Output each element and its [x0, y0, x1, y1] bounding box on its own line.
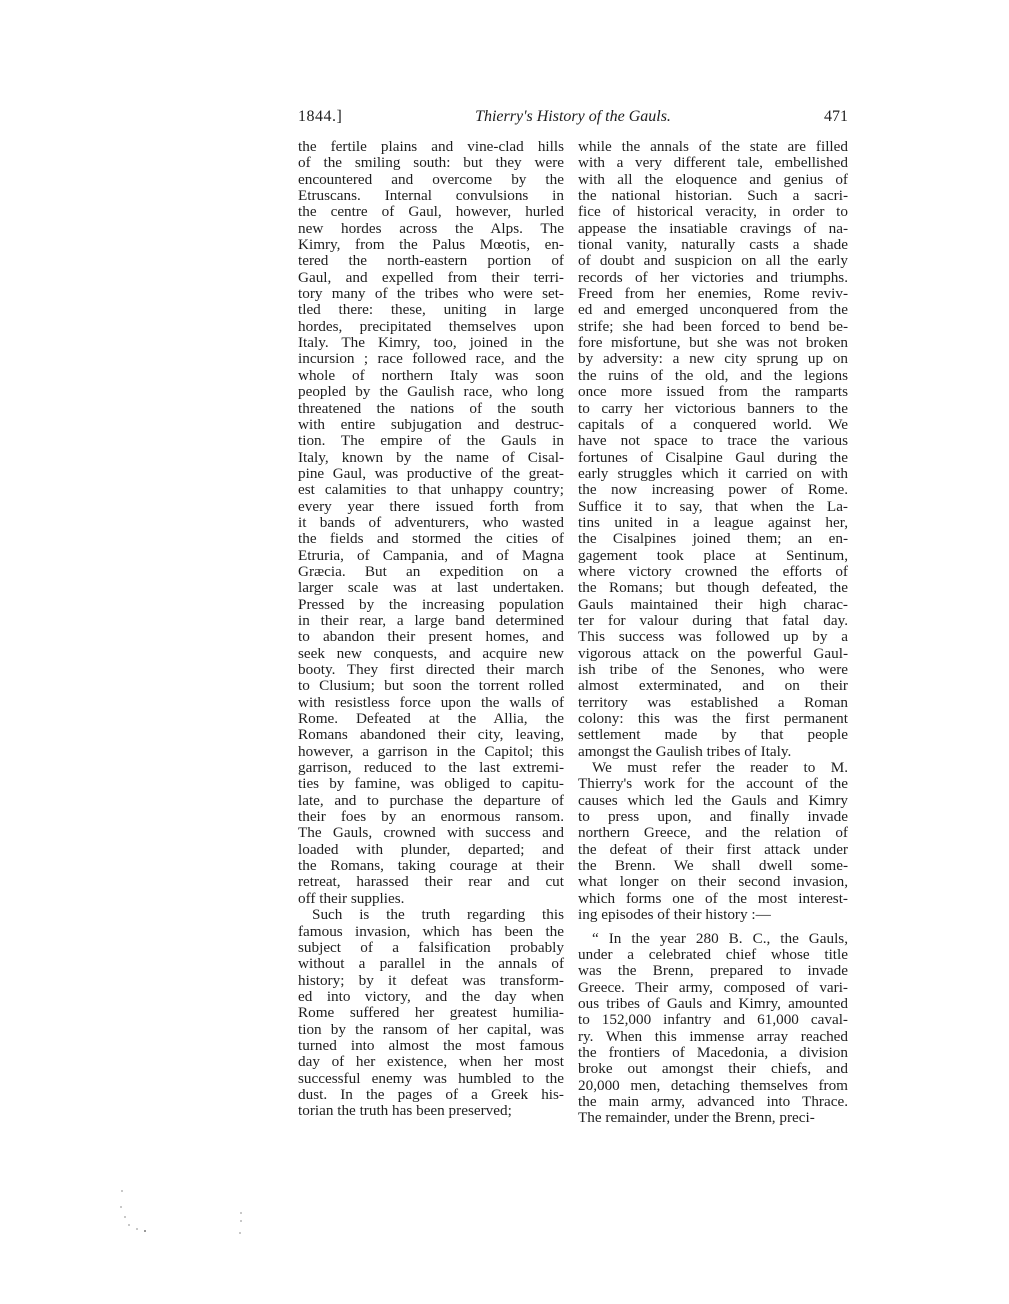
- text-line: colony: this was the first permanent: [578, 711, 848, 727]
- text-line: off their supplies.: [298, 891, 564, 907]
- text-line: records of her victories and triumphs.: [578, 270, 848, 286]
- text-line: We must refer the reader to M.: [578, 760, 848, 776]
- text-line: tion by the ransom of her capital, was: [298, 1022, 564, 1038]
- text-line: with a very different tale, embellished: [578, 155, 848, 171]
- text-line: whole of northern Italy was soon: [298, 368, 564, 384]
- text-line: tion. The empire of the Gauls in: [298, 433, 564, 449]
- text-line: ous tribes of Gauls and Kimry, amounted: [578, 996, 848, 1012]
- text-line: the ruins of the old, and the legions: [578, 368, 848, 384]
- text-line: ing episodes of their history :—: [578, 907, 848, 923]
- text-line: tional vanity, naturally casts a shade: [578, 237, 848, 253]
- text-line: Rome. Defeated at the Allia, the: [298, 711, 564, 727]
- text-line: was the Brenn, prepared to invade: [578, 963, 848, 979]
- text-line: fortunes of Cisalpine Gaul during the: [578, 450, 848, 466]
- text-line: without a parallel in the annals of: [298, 956, 564, 972]
- text-line: tory many of the tribes who were set-: [298, 286, 564, 302]
- text-line: Greece. Their army, composed of vari-: [578, 980, 848, 996]
- text-line: late, and to purchase the departure of: [298, 793, 564, 809]
- text-line: to carry her victorious banners to the: [578, 401, 848, 417]
- text-line: northern Greece, and the relation of: [578, 825, 848, 841]
- text-line: their foes by an enormous ransom.: [298, 809, 564, 825]
- text-line: ties by famine, was obliged to capitu-: [298, 776, 564, 792]
- text-line: loaded with plunder, departed; and: [298, 842, 564, 858]
- text-line: pine Gaul, was productive of the great-: [298, 466, 564, 482]
- text-line: amongst the Gaulish tribes of Italy.: [578, 744, 848, 760]
- running-head: 1844.] Thierry's History of the Gauls. 4…: [298, 108, 848, 130]
- text-line: to press upon, and finally invade: [578, 809, 848, 825]
- text-line: Gauls maintained their high charac-: [578, 597, 848, 613]
- text-line: est calamities to that unhappy country;: [298, 482, 564, 498]
- text-line: dust. In the pages of a Greek his-: [298, 1087, 564, 1103]
- text-line: to abandon their present homes, and: [298, 629, 564, 645]
- text-line: the main army, advanced into Thrace.: [578, 1094, 848, 1110]
- text-line: with all the eloquence and genius of: [578, 172, 848, 188]
- text-line: appease the insatiable cravings of na-: [578, 221, 848, 237]
- text-line: tled there: these, uniting in large: [298, 302, 564, 318]
- text-line: tins united in a league against her,: [578, 515, 848, 531]
- text-line: early struggles which it carried on with: [578, 466, 848, 482]
- right-column: while the annals of the state are filled…: [578, 139, 848, 1127]
- text-line: famous invasion, which has been the: [298, 924, 564, 940]
- text-line: fice of historical veracity, in order to: [578, 204, 848, 220]
- text-line: the national historian. Such a sacri-: [578, 188, 848, 204]
- text-line: while the annals of the state are filled: [578, 139, 848, 155]
- text-line: ry. When this immense array reached: [578, 1029, 848, 1045]
- text-line: to 152,000 infantry and 61,000 caval-: [578, 1012, 848, 1028]
- text-line: in their rear, a large band determined: [298, 613, 564, 629]
- text-line: Italy, known by the name of Cisal-: [298, 450, 564, 466]
- text-line: the now increasing power of Rome.: [578, 482, 848, 498]
- text-line: causes which led the Gauls and Kimry: [578, 793, 848, 809]
- text-line: history; by it defeat was transform-: [298, 973, 564, 989]
- text-line: tered the north-eastern portion of: [298, 253, 564, 269]
- text-line: the Romans, taking courage at their: [298, 858, 564, 874]
- text-line: strife; she had been forced to bend be-: [578, 319, 848, 335]
- scan-artifact: [118, 1188, 168, 1238]
- text-line: however, a garrison in the Capitol; this: [298, 744, 564, 760]
- text-line: 20,000 men, detaching themselves from: [578, 1078, 848, 1094]
- text-line: turned into almost the most famous: [298, 1038, 564, 1054]
- text-line: with entire subjugation and destruc-: [298, 417, 564, 433]
- text-line: the fields and stormed the cities of: [298, 531, 564, 547]
- text-line: The remainder, under the Brenn, preci-: [578, 1110, 848, 1126]
- text-line: territory was established a Roman: [578, 695, 848, 711]
- text-line: Rome suffered her greatest humilia-: [298, 1005, 564, 1021]
- text-line: incursion ; race followed race, and the: [298, 351, 564, 367]
- text-line: ish tribe of the Senones, who were: [578, 662, 848, 678]
- text-line: the Cisalpines joined them; an en-: [578, 531, 848, 547]
- text-line: it bands of adventurers, who wasted: [298, 515, 564, 531]
- text-line: Freed from her enemies, Rome reviv-: [578, 286, 848, 302]
- text-line: which forms one of the most interest-: [578, 891, 848, 907]
- text-line: “ In the year 280 B. C., the Gauls,: [578, 931, 848, 947]
- text-line: The Gauls, crowned with success and: [298, 825, 564, 841]
- text-line: fore misfortune, but she was not broken: [578, 335, 848, 351]
- text-line: retreat, harassed their rear and cut: [298, 874, 564, 890]
- text-line: with resistless force upon the walls of: [298, 695, 564, 711]
- page-number: 471: [824, 108, 848, 126]
- text-line: Kimry, from the Palus Mœotis, en-: [298, 237, 564, 253]
- text-line: the defeat of their first attack under: [578, 842, 848, 858]
- text-line: ter for valour during that fatal day.: [578, 613, 848, 629]
- text-line: by adversity: a new city sprung up on: [578, 351, 848, 367]
- text-line: torian the truth has been preserved;: [298, 1103, 564, 1119]
- text-line: Such is the truth regarding this: [298, 907, 564, 923]
- text-line: the centre of Gaul, however, hurled: [298, 204, 564, 220]
- text-line: seek new conquests, and acquire new: [298, 646, 564, 662]
- text-line: subject of a falsification probably: [298, 940, 564, 956]
- text-line: where victory crowned the efforts of: [578, 564, 848, 580]
- text-line: ed and emerged unconquered from the: [578, 302, 848, 318]
- text-line: Etruscans. Internal convulsions in: [298, 188, 564, 204]
- text-line: encountered and overcome by the: [298, 172, 564, 188]
- text-line: ed into victory, and the day when: [298, 989, 564, 1005]
- text-line: Gaul, and expelled from their terri-: [298, 270, 564, 286]
- text-line: threatened the nations of the south: [298, 401, 564, 417]
- text-line: broke out amongst their chiefs, and: [578, 1061, 848, 1077]
- text-line: the fertile plains and vine-clad hills: [298, 139, 564, 155]
- text-line: Suffice it to say, that when the La-: [578, 499, 848, 515]
- text-line: successful enemy was humbled to the: [298, 1071, 564, 1087]
- text-line: once more issued from the ramparts: [578, 384, 848, 400]
- text-line: gagement took place at Sentinum,: [578, 548, 848, 564]
- text-line: have not space to trace the various: [578, 433, 848, 449]
- text-line: This success was followed up by a: [578, 629, 848, 645]
- left-column: the fertile plains and vine-clad hillsof…: [298, 139, 564, 1120]
- text-line: booty. They first directed their march: [298, 662, 564, 678]
- text-line: of doubt and suspicion on all the early: [578, 253, 848, 269]
- text-line: every year there issued forth from: [298, 499, 564, 515]
- scan-artifact: [236, 1210, 246, 1240]
- text-line: new hordes across the Alps. The: [298, 221, 564, 237]
- text-line: peopled by the Gaulish race, who long: [298, 384, 564, 400]
- text-line: hordes, precipitated themselves upon: [298, 319, 564, 335]
- text-line: what longer on their second invasion,: [578, 874, 848, 890]
- text-line: of the smiling south: but they were: [298, 155, 564, 171]
- header-title: Thierry's History of the Gauls.: [298, 108, 848, 126]
- text-line: the Romans; but though defeated, the: [578, 580, 848, 596]
- text-line: almost exterminated, and on their: [578, 678, 848, 694]
- text-line: larger scale was at last undertaken.: [298, 580, 564, 596]
- text-line: vigorous attack on the powerful Gaul-: [578, 646, 848, 662]
- text-line: garrison, reduced to the last extremi-: [298, 760, 564, 776]
- text-line: the frontiers of Macedonia, a division: [578, 1045, 848, 1061]
- text-line: under a celebrated chief whose title: [578, 947, 848, 963]
- text-line: Pressed by the increasing population: [298, 597, 564, 613]
- text-line: Etruria, of Campania, and of Magna: [298, 548, 564, 564]
- text-line: Thierry's work for the account of the: [578, 776, 848, 792]
- text-line: Romans abandoned their city, leaving,: [298, 727, 564, 743]
- text-line: the Brenn. We shall dwell some-: [578, 858, 848, 874]
- text-line: settlement made by that people: [578, 727, 848, 743]
- text-line: to Clusium; but soon the torrent rolled: [298, 678, 564, 694]
- text-line: day of her existence, when her most: [298, 1054, 564, 1070]
- text-line: capitals of a conquered world. We: [578, 417, 848, 433]
- text-line: Græcia. But an expedition on a: [298, 564, 564, 580]
- text-line: Italy. The Kimry, too, joined in the: [298, 335, 564, 351]
